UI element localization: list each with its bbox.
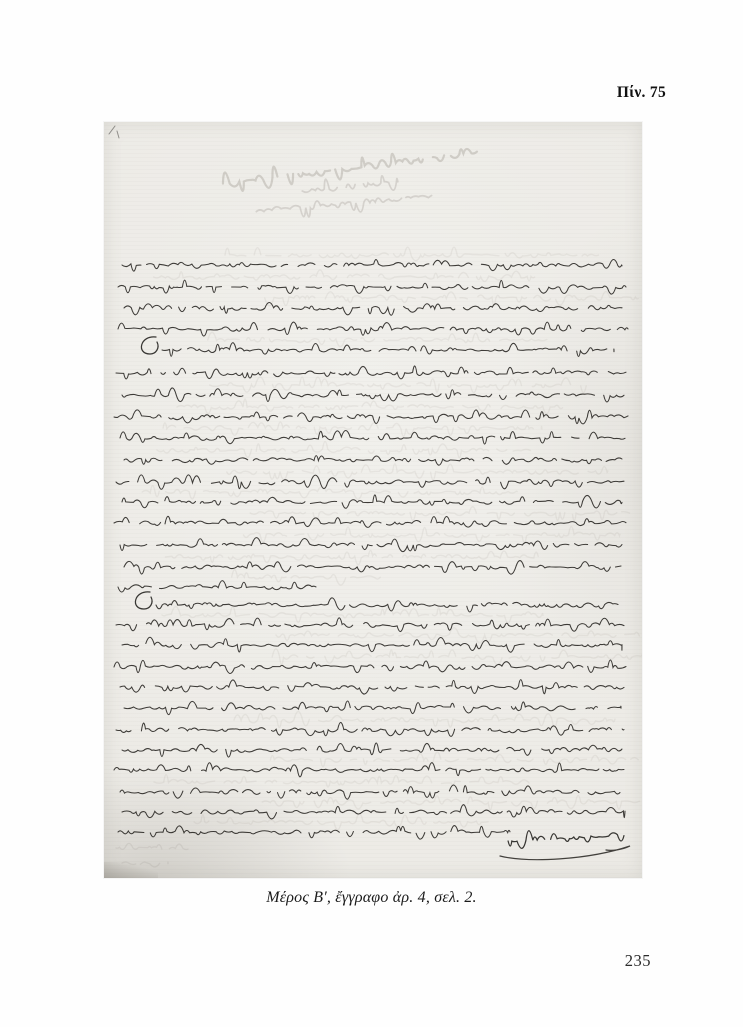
plate-label: Πίν. 75 bbox=[617, 84, 666, 102]
figure-caption: Μέρος Β′, ἔγγραφο ἀρ. 4, σελ. 2. bbox=[0, 889, 743, 907]
page-number: 235 bbox=[625, 951, 651, 971]
book-page: Πίν. 75 Μέρος Β′, ἔγγραφο ἀρ. 4, σελ. 2.… bbox=[0, 0, 743, 1027]
manuscript-photo bbox=[104, 122, 642, 878]
handwriting-rendering bbox=[104, 122, 642, 878]
